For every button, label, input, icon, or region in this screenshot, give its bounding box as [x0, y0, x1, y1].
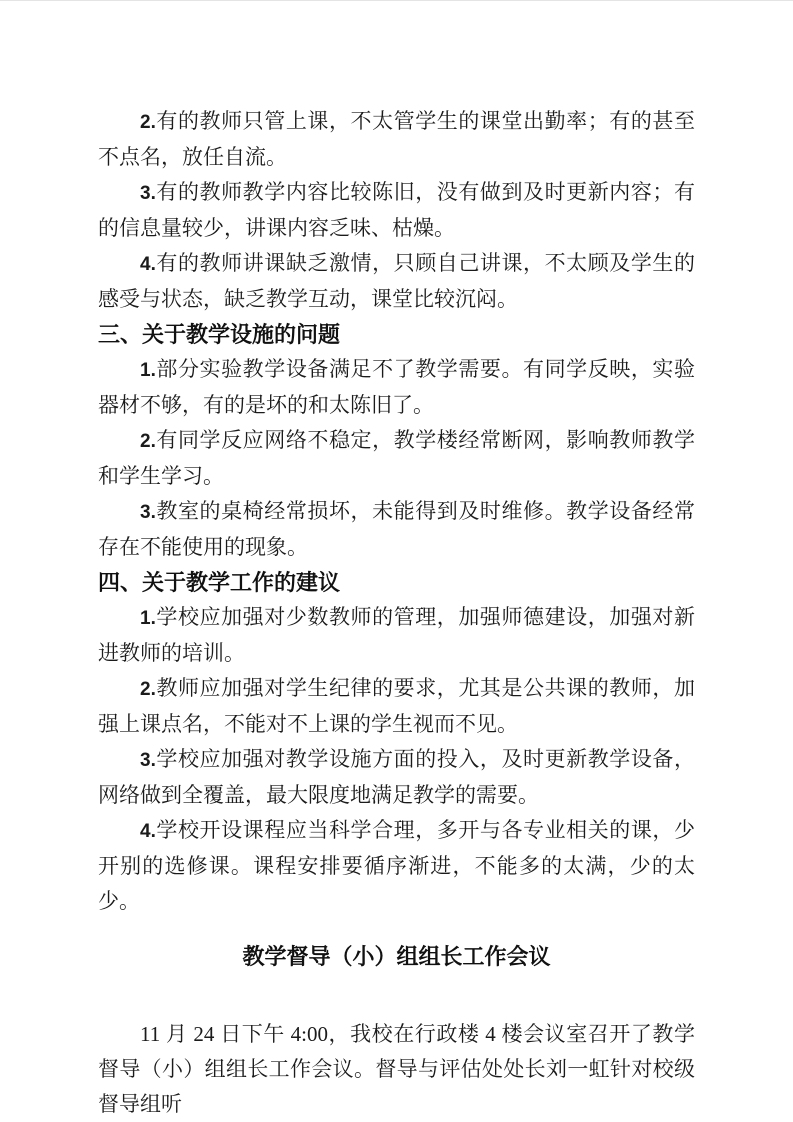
doc-title: 教学督导（小）组组长工作会议 — [98, 937, 695, 977]
paragraph-text: 教师应加强对学生纪律的要求，尤其是公共课的教师，加强上课点名，不能对不上课的学生… — [98, 676, 695, 736]
paragraph: 2.教师应加强对学生纪律的要求，尤其是公共课的教师，加强上课点名，不能对不上课的… — [98, 671, 695, 742]
section-heading: 三、关于教学设施的问题 — [98, 317, 695, 352]
paragraph-text: 学校应加强对少数教师的管理，加强师德建设，加强对新进教师的培训。 — [98, 605, 695, 665]
list-number: 3. — [140, 750, 156, 771]
paragraph: 3.有的教师教学内容比较陈旧，没有做到及时更新内容；有的信息量较少，讲课内容乏味… — [98, 175, 695, 246]
paragraph-text: 部分实验教学设备满足不了教学需要。有同学反映，实验器材不够，有的是坏的和太陈旧了… — [98, 357, 695, 417]
paragraph: 1.部分实验教学设备满足不了教学需要。有同学反映，实验器材不够，有的是坏的和太陈… — [98, 352, 695, 423]
paragraph-text: 有的教师只管上课，不太管学生的课堂出勤率；有的甚至不点名，放任自流。 — [98, 109, 695, 169]
paragraph-text: 有的教师教学内容比较陈旧，没有做到及时更新内容；有的信息量较少，讲课内容乏味、枯… — [98, 180, 695, 240]
paragraph: 2.有同学反应网络不稳定，教学楼经常断网，影响教师教学和学生学习。 — [98, 423, 695, 494]
paragraph: 3.教室的桌椅经常损坏，未能得到及时维修。教学设备经常存在不能使用的现象。 — [98, 494, 695, 565]
paragraph: 4.学校开设课程应当科学合理，多开与各专业相关的课，少开别的选修课。课程安排要循… — [98, 813, 695, 919]
paragraph-text: 教室的桌椅经常损坏，未能得到及时维修。教学设备经常存在不能使用的现象。 — [98, 499, 695, 559]
section-heading: 四、关于教学工作的建议 — [98, 565, 695, 600]
list-number: 3. — [140, 502, 156, 523]
paragraph-text: 有的教师讲课缺乏激情，只顾自己讲课，不太顾及学生的感受与状态，缺乏教学互动，课堂… — [98, 251, 695, 311]
paragraph-text: 有同学反应网络不稳定，教学楼经常断网，影响教师教学和学生学习。 — [98, 428, 695, 488]
paragraph: 3.学校应加强对教学设施方面的投入，及时更新教学设备，网络做到全覆盖，最大限度地… — [98, 742, 695, 813]
list-number: 3. — [140, 183, 156, 204]
document-page: 2.有的教师只管上课，不太管学生的课堂出勤率；有的甚至不点名，放任自流。3.有的… — [0, 0, 793, 1122]
paragraph: 2.有的教师只管上课，不太管学生的课堂出勤率；有的甚至不点名，放任自流。 — [98, 104, 695, 175]
paragraph: 1.学校应加强对少数教师的管理，加强师德建设，加强对新进教师的培训。 — [98, 600, 695, 671]
list-number: 1. — [140, 360, 156, 381]
paragraph: 11 月 24 日下午 4:00，我校在行政楼 4 楼会议室召开了教学督导（小）… — [98, 1017, 695, 1122]
document-content: 2.有的教师只管上课，不太管学生的课堂出勤率；有的甚至不点名，放任自流。3.有的… — [98, 104, 695, 1122]
list-number: 2. — [140, 431, 156, 452]
list-number: 4. — [140, 821, 156, 842]
paragraph-text: 学校开设课程应当科学合理，多开与各专业相关的课，少开别的选修课。课程安排要循序渐… — [98, 818, 695, 913]
list-number: 1. — [140, 608, 156, 629]
paragraph: 4.有的教师讲课缺乏激情，只顾自己讲课，不太顾及学生的感受与状态，缺乏教学互动，… — [98, 246, 695, 317]
list-number: 2. — [140, 679, 156, 700]
list-number: 4. — [140, 254, 156, 275]
list-number: 2. — [140, 112, 156, 133]
paragraph-text: 学校应加强对教学设施方面的投入，及时更新教学设备，网络做到全覆盖，最大限度地满足… — [98, 747, 695, 807]
